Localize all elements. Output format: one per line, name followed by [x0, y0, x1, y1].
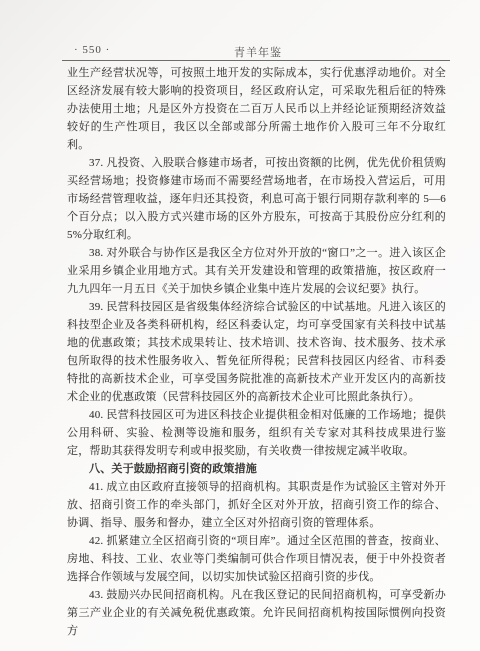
paragraph-item-43: 43. 鼓励兴办民间招商机构。凡在我区登记的民间招商机构，可享受新办第三产业企业… [67, 586, 446, 640]
paragraph-continuation: 业生产经营状况等，可按照土地开发的实际成本，实行优惠浮动地价。对全区经济发展有较… [67, 64, 446, 154]
paragraph-item-40: 40. 民营科技园区可为进区科技企业提供租金相对低廉的工作场地；提供公用科研、实… [67, 406, 446, 460]
section-heading-8: 八、关于鼓励招商引资的政策措施 [67, 460, 446, 478]
paragraph-item-42: 42. 抓紧建立全区招商引资的“项目库”。通过全区范围的普查，按商业、房地、科技… [67, 532, 446, 586]
book-title: 青羊年鉴 [66, 44, 450, 60]
header-rule [62, 60, 450, 61]
paragraph-item-38: 38. 对外联合与协作区是我区全方位对外开放的“窗口”之一。进入该区企业采用乡镇… [67, 244, 446, 298]
running-header: · 550 · 青羊年鉴 [66, 44, 450, 60]
paragraph-item-37: 37. 凡投资、入股联合修建市场者，可按出资额的比例，优先优价租赁购买经营场地；… [67, 154, 446, 244]
body-text: 业生产经营状况等，可按照土地开发的实际成本，实行优惠浮动地价。对全区经济发展有较… [67, 64, 446, 640]
scan-speck [415, 543, 417, 545]
scanned-page: · 550 · 青羊年鉴 业生产经营状况等，可按照土地开发的实际成本，实行优惠浮… [0, 0, 480, 651]
scan-speck [338, 548, 340, 550]
scan-speck [241, 551, 243, 553]
paragraph-item-39: 39. 民营科技园区是省级集体经济综合试验区的中试基地。凡进入该区的科技型企业及… [67, 298, 446, 406]
paragraph-item-41: 41. 成立由区政府直接领导的招商机构。其职责是作为试验区主管对外开放、招商引资… [67, 478, 446, 532]
